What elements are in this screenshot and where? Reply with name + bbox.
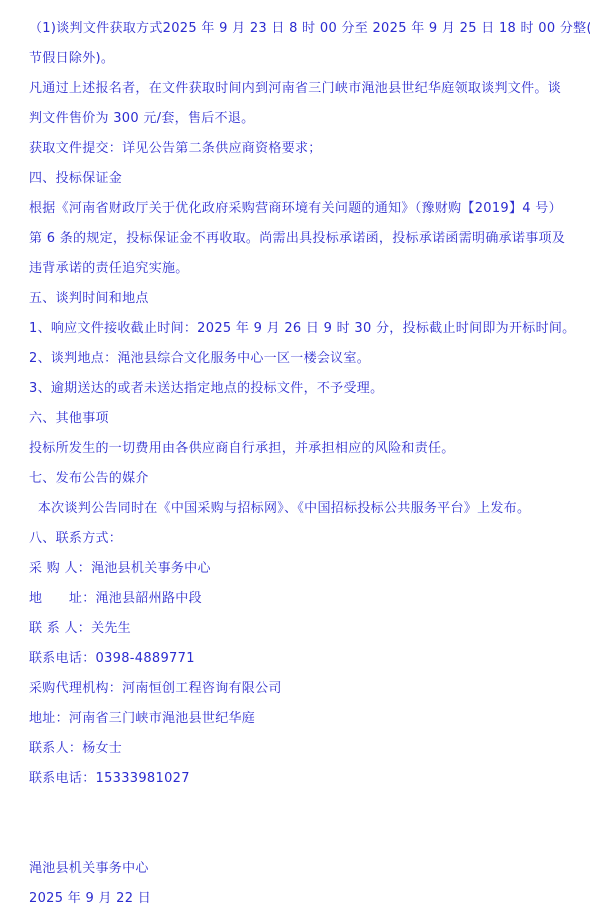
section-heading-5: 五、谈判时间和地点 (29, 284, 564, 314)
para-file-obtain-time-2: 节假日除外)。 (29, 44, 564, 74)
para-media: 本次谈判公告同时在《中国采购与招标网》、《中国招标投标公共服务平台》上发布。 (29, 494, 564, 524)
para-file-obtain-place-1: 凡通过上述报名者，在文件获取时间内到河南省三门峡市渑池县世纪华庭领取谈判文件。谈 (29, 74, 564, 104)
blank-line (29, 824, 564, 854)
section-heading-8: 八、联系方式： (29, 524, 564, 554)
contact-purchaser-person: 联 系 人：关先生 (29, 614, 564, 644)
para-deposit-2: 第 6 条的规定，投标保证金不再收取。尚需出具投标承诺函，投标承诺函需明确承诺事… (29, 224, 564, 254)
para-deposit-1: 根据《河南省财政厅关于优化政府采购营商环境有关问题的通知》（豫财购【2019】4… (29, 194, 564, 224)
section-heading-4: 四、投标保证金 (29, 164, 564, 194)
section-heading-7: 七、发布公告的媒介 (29, 464, 564, 494)
section-heading-6: 六、其他事项 (29, 404, 564, 434)
procurement-notice-document: （1)谈判文件获取方式2025 年 9 月 23 日 8 时 00 分至 202… (0, 0, 590, 914)
contact-purchaser-address: 地 址：渑池县韶州路中段 (29, 584, 564, 614)
para-file-obtain-place-2: 判文件售价为 300 元/套，售后不退。 (29, 104, 564, 134)
contact-purchaser: 采 购 人：渑池县机关事务中心 (29, 554, 564, 584)
para-late-delivery: 3、逾期送达的或者未送达指定地点的投标文件，不予受理。 (29, 374, 564, 404)
para-file-submit: 获取文件提交：详见公告第二条供应商资格要求； (29, 134, 564, 164)
signature-org: 渑池县机关事务中心 (29, 854, 564, 884)
contact-agency-phone: 联系电话：15333981027 (29, 764, 564, 794)
contact-agency-address: 地址：河南省三门峡市渑池县世纪华庭 (29, 704, 564, 734)
contact-agency: 采购代理机构：河南恒创工程咨询有限公司 (29, 674, 564, 704)
para-location: 2、谈判地点：渑池县综合文化服务中心一区一楼会议室。 (29, 344, 564, 374)
para-deposit-3: 违背承诺的责任追究实施。 (29, 254, 564, 284)
para-deadline: 1、响应文件接收截止时间：2025 年 9 月 26 日 9 时 30 分，投标… (29, 314, 564, 344)
contact-agency-person: 联系人：杨女士 (29, 734, 564, 764)
contact-purchaser-phone: 联系电话：0398-4889771 (29, 644, 564, 674)
para-file-obtain-time-1: （1)谈判文件获取方式2025 年 9 月 23 日 8 时 00 分至 202… (29, 14, 564, 44)
para-other-costs: 投标所发生的一切费用由各供应商自行承担，并承担相应的风险和责任。 (29, 434, 564, 464)
signature-date: 2025 年 9 月 22 日 (29, 884, 564, 914)
blank-line (29, 794, 564, 824)
